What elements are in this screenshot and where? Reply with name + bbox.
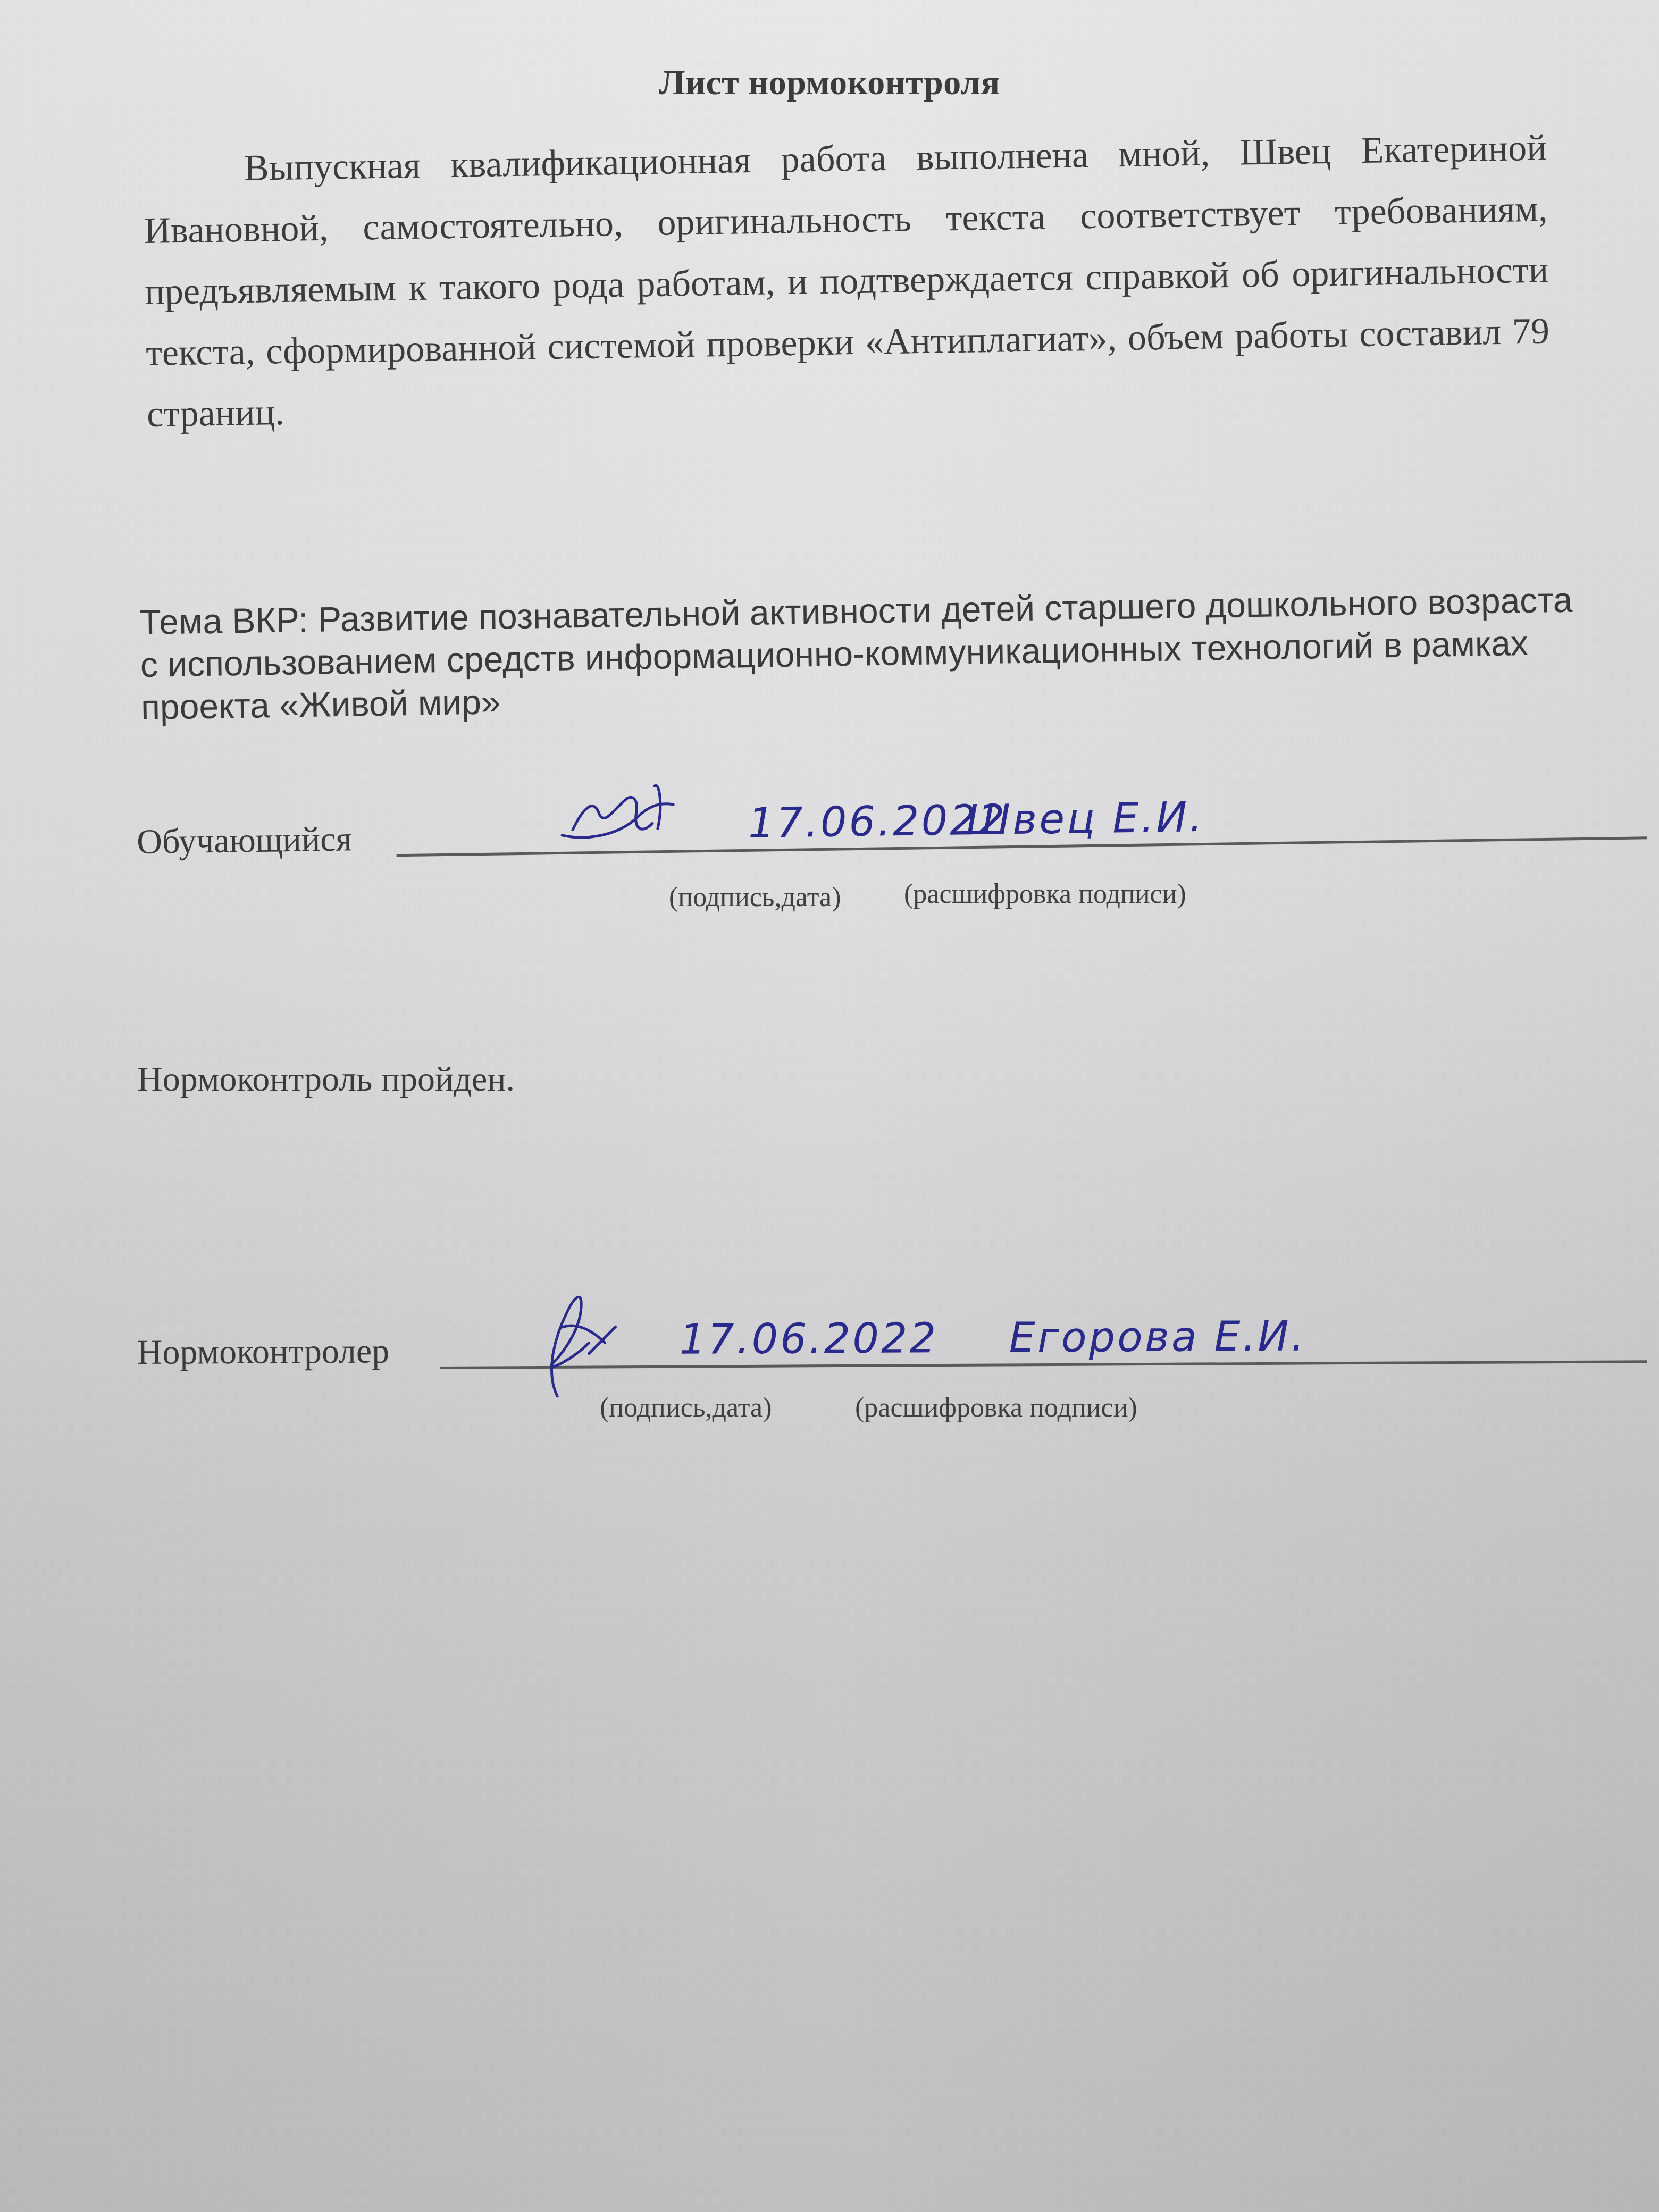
document-page: Лист нормоконтроля Выпускная квалификаци… — [0, 0, 1659, 2212]
controller-handwritten-name: Егорова Е.И. — [1009, 1312, 1306, 1362]
student-caption-decoding: (расшифровка подписи) — [904, 878, 1186, 910]
controller-caption-signature-date: (подпись,дата) — [600, 1392, 772, 1423]
controller-label: Нормоконтролер — [137, 1331, 390, 1373]
student-caption-signature-date: (подпись,дата) — [669, 882, 841, 913]
controller-signature-row: Нормоконтролер 17.06.2022 Егорова Е.И. — [137, 1289, 1647, 1382]
controller-caption-decoding: (расшифровка подписи) — [855, 1392, 1137, 1423]
thesis-theme: Тема ВКР: Развитие познавательной активн… — [139, 579, 1577, 728]
student-signature-row: Обучающийся 17.06.2022 Швец Е.И. — [136, 766, 1647, 872]
document-title: Лист нормоконтроля — [0, 63, 1659, 103]
status-passed: Нормоконтроль пройден. — [137, 1059, 515, 1100]
intro-paragraph: Выпускная квалификационная работа выполн… — [143, 118, 1551, 445]
student-handwritten-name: Швец Е.И. — [966, 793, 1205, 844]
student-signature-scribble-icon — [551, 775, 690, 851]
student-label: Обучающийся — [137, 819, 353, 862]
controller-handwritten-date: 17.06.2022 — [679, 1314, 938, 1364]
controller-signature-scribble-icon — [525, 1279, 632, 1402]
